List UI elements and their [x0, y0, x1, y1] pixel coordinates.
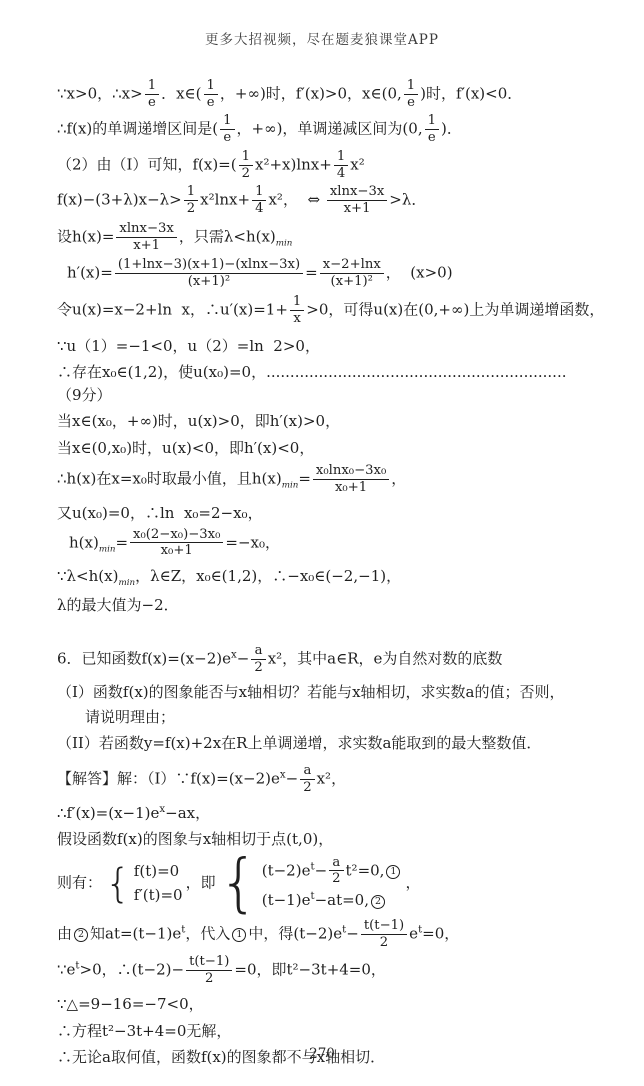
text-run: 【解答】解：（I）∵f(x)=(x−2)e: [57, 769, 280, 787]
fraction: 1e: [218, 113, 236, 146]
text-run: x²， ⇔: [268, 190, 324, 208]
page-header: 更多大招视频，尽在题麦狼课堂APP: [0, 0, 644, 48]
text-run: (t−1)e: [262, 891, 311, 909]
fraction-numerator: 1: [184, 184, 198, 201]
text-run: x²: [350, 156, 364, 174]
text-run: x²lnx+: [200, 190, 250, 208]
fraction-denominator: x₀+1: [130, 543, 223, 559]
fraction-numerator: 1: [220, 113, 234, 130]
fraction-denominator: e: [145, 95, 159, 111]
text-run: ∴存在x₀∈(1,2)，使u(x₀)=0，: [57, 363, 266, 381]
fraction-denominator: 2: [329, 871, 343, 887]
header-slogan: 更多大招视频，尽在题麦狼课堂APP: [205, 32, 439, 48]
text-run: x²+x)lnx+: [255, 156, 332, 174]
text-run: ，: [405, 873, 420, 891]
text-run: =: [305, 264, 318, 282]
text-run: f(t)=0: [134, 862, 179, 880]
fraction-numerator: 1: [204, 78, 218, 95]
text-run: =−x₀，: [225, 533, 280, 551]
fraction-denominator: e: [220, 130, 234, 146]
circled-number: 2: [74, 928, 88, 942]
fraction-denominator: x+1: [116, 238, 176, 254]
text-run: −: [286, 769, 299, 787]
text-run: t²=0,: [346, 861, 385, 879]
text-run: ，代入: [185, 924, 230, 942]
fraction-numerator: x₀(2−x₀)−3x₀: [130, 527, 223, 544]
document-body: ∵x>0，∴x>1e．x∈(1e，+∞)时，f′(x)>0，x∈(0,1e)时，…: [0, 48, 644, 1069]
text-line: 令u(x)=x−2+ln x，∴u′(x)=1+1x>0，可得u(x)在(0,+…: [57, 294, 614, 327]
text-run: >λ．: [389, 190, 426, 208]
text-run: 当x∈(0,x₀)时，u(x)<0，即h′(x)<0，: [57, 439, 314, 457]
text-run: =0，: [422, 924, 459, 942]
text-run: ，即: [186, 873, 216, 891]
fraction-denominator: 2: [251, 660, 265, 676]
text-run: 由: [57, 924, 72, 942]
text-run: 6．已知函数f(x)=(x−2)e: [57, 649, 231, 667]
fraction-numerator: 1: [425, 113, 439, 130]
page-footer: 270: [0, 1046, 644, 1062]
text-run: ∴方程t²−3t+4=0无解，: [57, 1022, 231, 1040]
text-run: ∵u（1）=−1<0，u（2）=ln 2>0，: [57, 337, 320, 355]
circled-number: 2: [371, 895, 385, 909]
fraction-numerator: 1: [290, 294, 304, 311]
text-line: ∵λ<h(x)min，λ∈Z，x₀∈(1,2)，∴−x₀∈(−2,−1)，: [57, 565, 614, 590]
text-run: 请说明理由；: [85, 708, 175, 726]
fraction: (1+lnx−3)(x+1)−(xlnx−3x)(x+1)²: [113, 257, 305, 290]
text-line: 设h(x)=xlnx−3xx+1，只需λ<h(x)min: [57, 221, 614, 254]
brace-row: f′(t)=0: [134, 884, 183, 907]
text-line: 6．已知函数f(x)=(x−2)ex−a2x²，其中a∈R，e为自然对数的底数: [57, 643, 614, 676]
page-number: 270: [309, 1046, 335, 1062]
text-line: h′(x)=(1+lnx−3)(x+1)−(xlnx−3x)(x+1)²=x−2…: [57, 257, 614, 290]
text-run: 令u(x)=x−2+ln x，∴u′(x)=1+: [57, 300, 288, 318]
fraction-numerator: xlnx−3x: [327, 184, 387, 201]
text-run: ， (x>0): [386, 264, 453, 282]
text-line: ∴f′(x)=(x−1)ex−ax，: [57, 802, 614, 825]
fraction: x₀lnx₀−3x₀x₀+1: [311, 463, 391, 496]
text-run: ∵△=9−16=−7<0，: [57, 995, 204, 1013]
subscript: min: [282, 481, 299, 491]
text-line: 则有：{f(t)=0f′(t)=0，即{(t−2)et−a2t²=0,1(t−1…: [57, 855, 614, 912]
text-run: −: [315, 861, 328, 879]
fraction-denominator: 2: [300, 780, 314, 796]
fraction: x−2+lnx(x+1)²: [318, 257, 386, 290]
brace-rows: (t−2)et−a2t²=0,1(t−1)et−at=0,2: [262, 855, 403, 912]
text-line: （2）由（I）可知，f(x)=(12x²+x)lnx+14x²: [57, 149, 614, 182]
text-run: ∴f(x)的单调递增区间是(: [57, 119, 218, 137]
text-line: ∵x>0，∴x>1e．x∈(1e，+∞)时，f′(x)>0，x∈(0,1e)时，…: [57, 78, 614, 111]
fraction-numerator: a: [329, 855, 343, 872]
brace-rows: f(t)=0f′(t)=0: [134, 860, 183, 907]
fraction: t(t−1)2: [359, 918, 409, 951]
text-line: ∴h(x)在x=x₀时取最小值，且h(x)min=x₀lnx₀−3x₀x₀+1，: [57, 463, 614, 496]
text-run: ，: [391, 470, 406, 488]
text-line: 【解答】解：（I）∵f(x)=(x−2)ex−a2x²，: [57, 763, 614, 796]
fraction-denominator: e: [425, 130, 439, 146]
text-run: ∴f′(x)=(x−1)e: [57, 804, 159, 822]
fraction-denominator: (x+1)²: [115, 274, 303, 290]
text-run: ........................................…: [266, 363, 566, 381]
text-run: （I）函数f(x)的图象能否与x轴相切？若能与x轴相切，求实数a的值；否则，: [57, 683, 565, 701]
text-run: >0，可得u(x)在(0,+∞)上为单调递增函数，: [306, 300, 604, 318]
text-run: −: [346, 924, 359, 942]
fraction-numerator: t(t−1): [186, 954, 232, 971]
fraction: a2: [327, 855, 345, 888]
subscript: min: [276, 238, 293, 248]
fraction-denominator: e: [404, 95, 418, 111]
text-run: −at=0,: [315, 891, 369, 909]
text-run: ∴h(x)在x=x₀时取最小值，且h(x): [57, 470, 282, 488]
text-run: (t−2)e: [262, 861, 311, 879]
text-run: 当x∈(x₀，+∞)时，u(x)>0，即h′(x)>0，: [57, 412, 340, 430]
fraction: a2: [298, 763, 316, 796]
brace-row: (t−2)et−a2t²=0,1: [262, 855, 403, 888]
text-run: 中，得(t−2)e: [248, 924, 342, 942]
text-run: （9分）: [57, 386, 112, 404]
brace-group: {(t−2)et−a2t²=0,1(t−1)et−at=0,2: [219, 855, 403, 912]
fraction: 1e: [423, 113, 441, 146]
text-run: 知at=(t−1)e: [90, 924, 181, 942]
text-line: f(x)−(3+λ)x−λ>12x²lnx+14x²， ⇔ xlnx−3xx+1…: [57, 184, 614, 217]
fraction-denominator: 2: [361, 935, 407, 951]
text-run: =: [115, 533, 128, 551]
fraction-numerator: a: [251, 643, 265, 660]
fraction-numerator: a: [300, 763, 314, 780]
fraction-denominator: 2: [186, 971, 232, 987]
fraction-numerator: 1: [404, 78, 418, 95]
text-line: 当x∈(x₀，+∞)时，u(x)>0，即h′(x)>0，: [57, 410, 614, 433]
fraction-numerator: xlnx−3x: [116, 221, 176, 238]
text-line: ∴存在x₀∈(1,2)，使u(x₀)=0，...................…: [57, 361, 614, 406]
subscript: min: [99, 544, 116, 554]
fraction: xlnx−3xx+1: [114, 221, 178, 254]
fraction-denominator: 2: [239, 166, 253, 182]
fraction: 1e: [202, 78, 220, 111]
fraction-numerator: 1: [252, 184, 266, 201]
document-page: 更多大招视频，尽在题麦狼课堂APP ∵x>0，∴x>1e．x∈(1e，+∞)时，…: [0, 0, 644, 1086]
text-run: ∵λ<h(x): [57, 567, 118, 585]
text-run: ，+∞)时，f′(x)>0，x∈(0,: [220, 84, 402, 102]
left-brace: {: [219, 856, 259, 910]
fraction-numerator: x₀lnx₀−3x₀: [313, 463, 389, 480]
text-run: 假设函数f(x)的图象与x轴相切于点(t,0)，: [57, 830, 333, 848]
fraction: 12: [182, 184, 200, 217]
fraction-numerator: (1+lnx−3)(x+1)−(xlnx−3x): [115, 257, 303, 274]
text-line: h(x)min=x₀(2−x₀)−3x₀x₀+1=−x₀，: [57, 527, 614, 560]
text-line: ∴方程t²−3t+4=0无解，: [57, 1020, 614, 1043]
fraction-denominator: x: [290, 311, 304, 327]
text-run: −ax，: [165, 804, 210, 822]
fraction-denominator: 4: [252, 201, 266, 217]
text-run: )．: [441, 119, 462, 137]
fraction: xlnx−3xx+1: [325, 184, 389, 217]
fraction-denominator: x+1: [327, 201, 387, 217]
text-run: ∵e: [57, 961, 75, 979]
text-run: 则有：: [57, 873, 102, 891]
fraction: 1x: [288, 294, 306, 327]
text-run: x²，: [317, 769, 346, 787]
fraction-numerator: 1: [334, 149, 348, 166]
left-brace: {: [105, 866, 131, 900]
text-line: ∵△=9−16=−7<0，: [57, 993, 614, 1016]
text-run: ．x∈(: [161, 84, 201, 102]
text-run: f′(t)=0: [134, 886, 183, 904]
text-line: ∵u（1）=−1<0，u（2）=ln 2>0，: [57, 335, 614, 358]
text-line: 由2知at=(t−1)et，代入1中，得(t−2)et−t(t−1)2et=0，: [57, 918, 614, 951]
text-run: =: [298, 470, 311, 488]
text-run: e: [409, 924, 418, 942]
fraction-numerator: t(t−1): [361, 918, 407, 935]
fraction: a2: [249, 643, 267, 676]
text-run: 设h(x)=: [57, 227, 114, 245]
text-line: 当x∈(0,x₀)时，u(x)<0，即h′(x)<0，: [57, 437, 614, 460]
text-run: ，+∞)，单调递减区间为(0,: [237, 119, 423, 137]
text-run: −: [237, 649, 250, 667]
fraction-denominator: 2: [184, 201, 198, 217]
text-line: ∵et>0，∴(t−2)−t(t−1)2=0，即t²−3t+4=0，: [57, 954, 614, 987]
text-run: >0，∴(t−2)−: [80, 961, 185, 979]
fraction: 1e: [402, 78, 420, 111]
circled-number: 1: [386, 865, 400, 879]
brace-row: (t−1)et−at=0,2: [262, 889, 403, 912]
text-run: h′(x)=: [67, 264, 113, 282]
circled-number: 1: [232, 928, 246, 942]
text-run: x²，其中a∈R，e为自然对数的底数: [268, 649, 503, 667]
text-line: λ的最大值为−2．: [57, 594, 614, 617]
fraction-denominator: x₀+1: [313, 480, 389, 496]
text-run: =0，即t²−3t+4=0，: [234, 961, 386, 979]
fraction: 12: [237, 149, 255, 182]
text-run: ，λ∈Z，x₀∈(1,2)，∴−x₀∈(−2,−1)，: [135, 567, 401, 585]
text-line: （II）若函数y=f(x)+2x在R上单调递增，求实数a能取到的最大整数值．: [57, 732, 614, 755]
text-line: （I）函数f(x)的图象能否与x轴相切？若能与x轴相切，求实数a的值；否则，: [57, 681, 614, 704]
text-run: λ的最大值为−2．: [57, 596, 179, 614]
text-line: 请说明理由；: [57, 706, 614, 729]
fraction: 14: [332, 149, 350, 182]
fraction-denominator: e: [204, 95, 218, 111]
fraction: 1e: [143, 78, 161, 111]
fraction-numerator: 1: [145, 78, 159, 95]
brace-row: f(t)=0: [134, 860, 183, 883]
text-run: ∵x>0，∴x>: [57, 84, 143, 102]
text-run: )时，f′(x)<0．: [420, 84, 522, 102]
brace-group: {f(t)=0f′(t)=0: [105, 860, 183, 907]
text-run: ，只需λ<h(x): [179, 227, 276, 245]
text-line: ∴f(x)的单调递增区间是(1e，+∞)，单调递减区间为(0,1e)．: [57, 113, 614, 146]
fraction-denominator: 4: [334, 166, 348, 182]
text-line: 假设函数f(x)的图象与x轴相切于点(t,0)，: [57, 828, 614, 851]
fraction: x₀(2−x₀)−3x₀x₀+1: [128, 527, 225, 560]
fraction: t(t−1)2: [184, 954, 234, 987]
text-line: 又u(x₀)=0，∴ln x₀=2−x₀，: [57, 502, 614, 525]
text-run: （II）若函数y=f(x)+2x在R上单调递增，求实数a能取到的最大整数值．: [57, 734, 541, 752]
fraction-denominator: (x+1)²: [320, 274, 384, 290]
text-run: （2）由（I）可知，f(x)=(: [57, 156, 237, 174]
subscript: min: [118, 578, 135, 588]
fraction-numerator: 1: [239, 149, 253, 166]
text-run: f(x)−(3+λ)x−λ>: [57, 190, 182, 208]
text-run: h(x): [69, 533, 99, 551]
fraction: 14: [250, 184, 268, 217]
fraction-numerator: x−2+lnx: [320, 257, 384, 274]
text-run: 又u(x₀)=0，∴ln x₀=2−x₀，: [57, 504, 263, 522]
